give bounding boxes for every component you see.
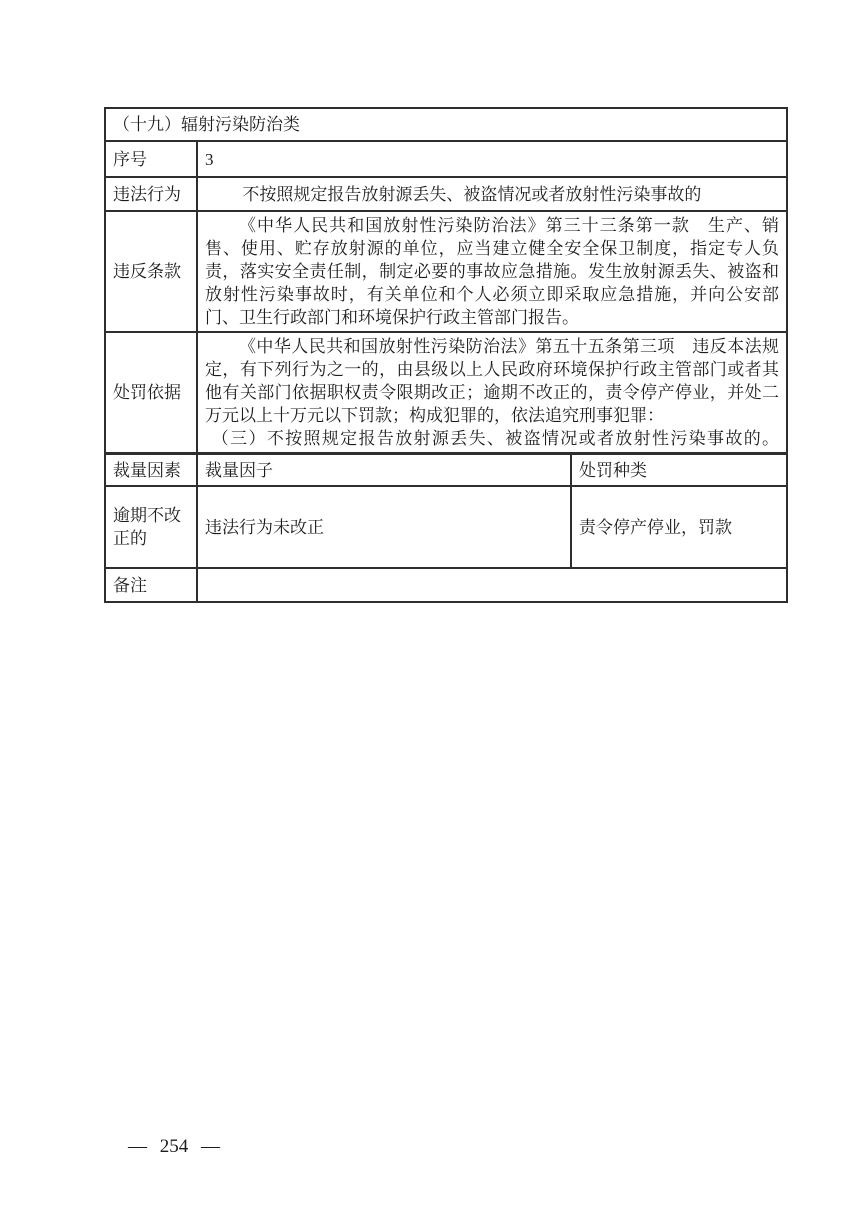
- penalty-basis-paragraph-2: （三）不按照规定报告放射源丢失、被盗情况或者放射性污染事故的。: [205, 427, 779, 450]
- serial-number-label: 序号: [105, 141, 197, 177]
- overdue-label: 逾期不改正的: [105, 486, 197, 568]
- page-number-footer: — 254 —: [128, 1136, 220, 1158]
- document-page: （十九）辐射污染防治类 序号 3 违法行为 不按照规定报告放射源丢失、被盗情况或…: [0, 0, 868, 1227]
- penalty-rule-table: （十九）辐射污染防治类 序号 3 违法行为 不按照规定报告放射源丢失、被盗情况或…: [104, 107, 788, 603]
- serial-number-value: 3: [197, 141, 787, 177]
- remarks-row: 备注: [105, 568, 787, 602]
- overdue-factor-value: 违法行为未改正: [197, 486, 571, 568]
- penalty-type-header: 处罚种类: [571, 454, 787, 487]
- illegal-act-row: 违法行为 不按照规定报告放射源丢失、被盗情况或者放射性污染事故的: [105, 177, 787, 211]
- discretion-header-row: 裁量因素 裁量因子 处罚种类: [105, 454, 787, 487]
- penalty-basis-row: 处罚依据 《中华人民共和国放射性污染防治法》第五十五条第三项 违反本法规定，有下…: [105, 332, 787, 454]
- illegal-act-text: 不按照规定报告放射源丢失、被盗情况或者放射性污染事故的: [205, 183, 779, 206]
- remarks-value: [197, 568, 787, 602]
- penalty-basis-value: 《中华人民共和国放射性污染防治法》第五十五条第三项 违反本法规定，有下列行为之一…: [197, 332, 787, 454]
- remarks-label: 备注: [105, 568, 197, 602]
- penalty-basis-label: 处罚依据: [105, 332, 197, 454]
- violated-clause-text: 《中华人民共和国放射性污染防治法》第三十三条第一款 生产、销售、使用、贮存放射源…: [205, 214, 779, 329]
- overdue-penalty-value: 责令停产停业，罚款: [571, 486, 787, 568]
- discretion-factor-category-label: 裁量因素: [105, 454, 197, 487]
- serial-number-row: 序号 3: [105, 141, 787, 177]
- category-header-row: （十九）辐射污染防治类: [105, 108, 787, 141]
- penalty-basis-paragraph-1: 《中华人民共和国放射性污染防治法》第五十五条第三项 违反本法规定，有下列行为之一…: [205, 335, 779, 427]
- category-header-cell: （十九）辐射污染防治类: [105, 108, 787, 141]
- overdue-row: 逾期不改正的 违法行为未改正 责令停产停业，罚款: [105, 486, 787, 568]
- discretion-factor-header: 裁量因子: [197, 454, 571, 487]
- violated-clause-row: 违反条款 《中华人民共和国放射性污染防治法》第三十三条第一款 生产、销售、使用、…: [105, 211, 787, 332]
- illegal-act-value: 不按照规定报告放射源丢失、被盗情况或者放射性污染事故的: [197, 177, 787, 211]
- illegal-act-label: 违法行为: [105, 177, 197, 211]
- violated-clause-value: 《中华人民共和国放射性污染防治法》第三十三条第一款 生产、销售、使用、贮存放射源…: [197, 211, 787, 332]
- violated-clause-label: 违反条款: [105, 211, 197, 332]
